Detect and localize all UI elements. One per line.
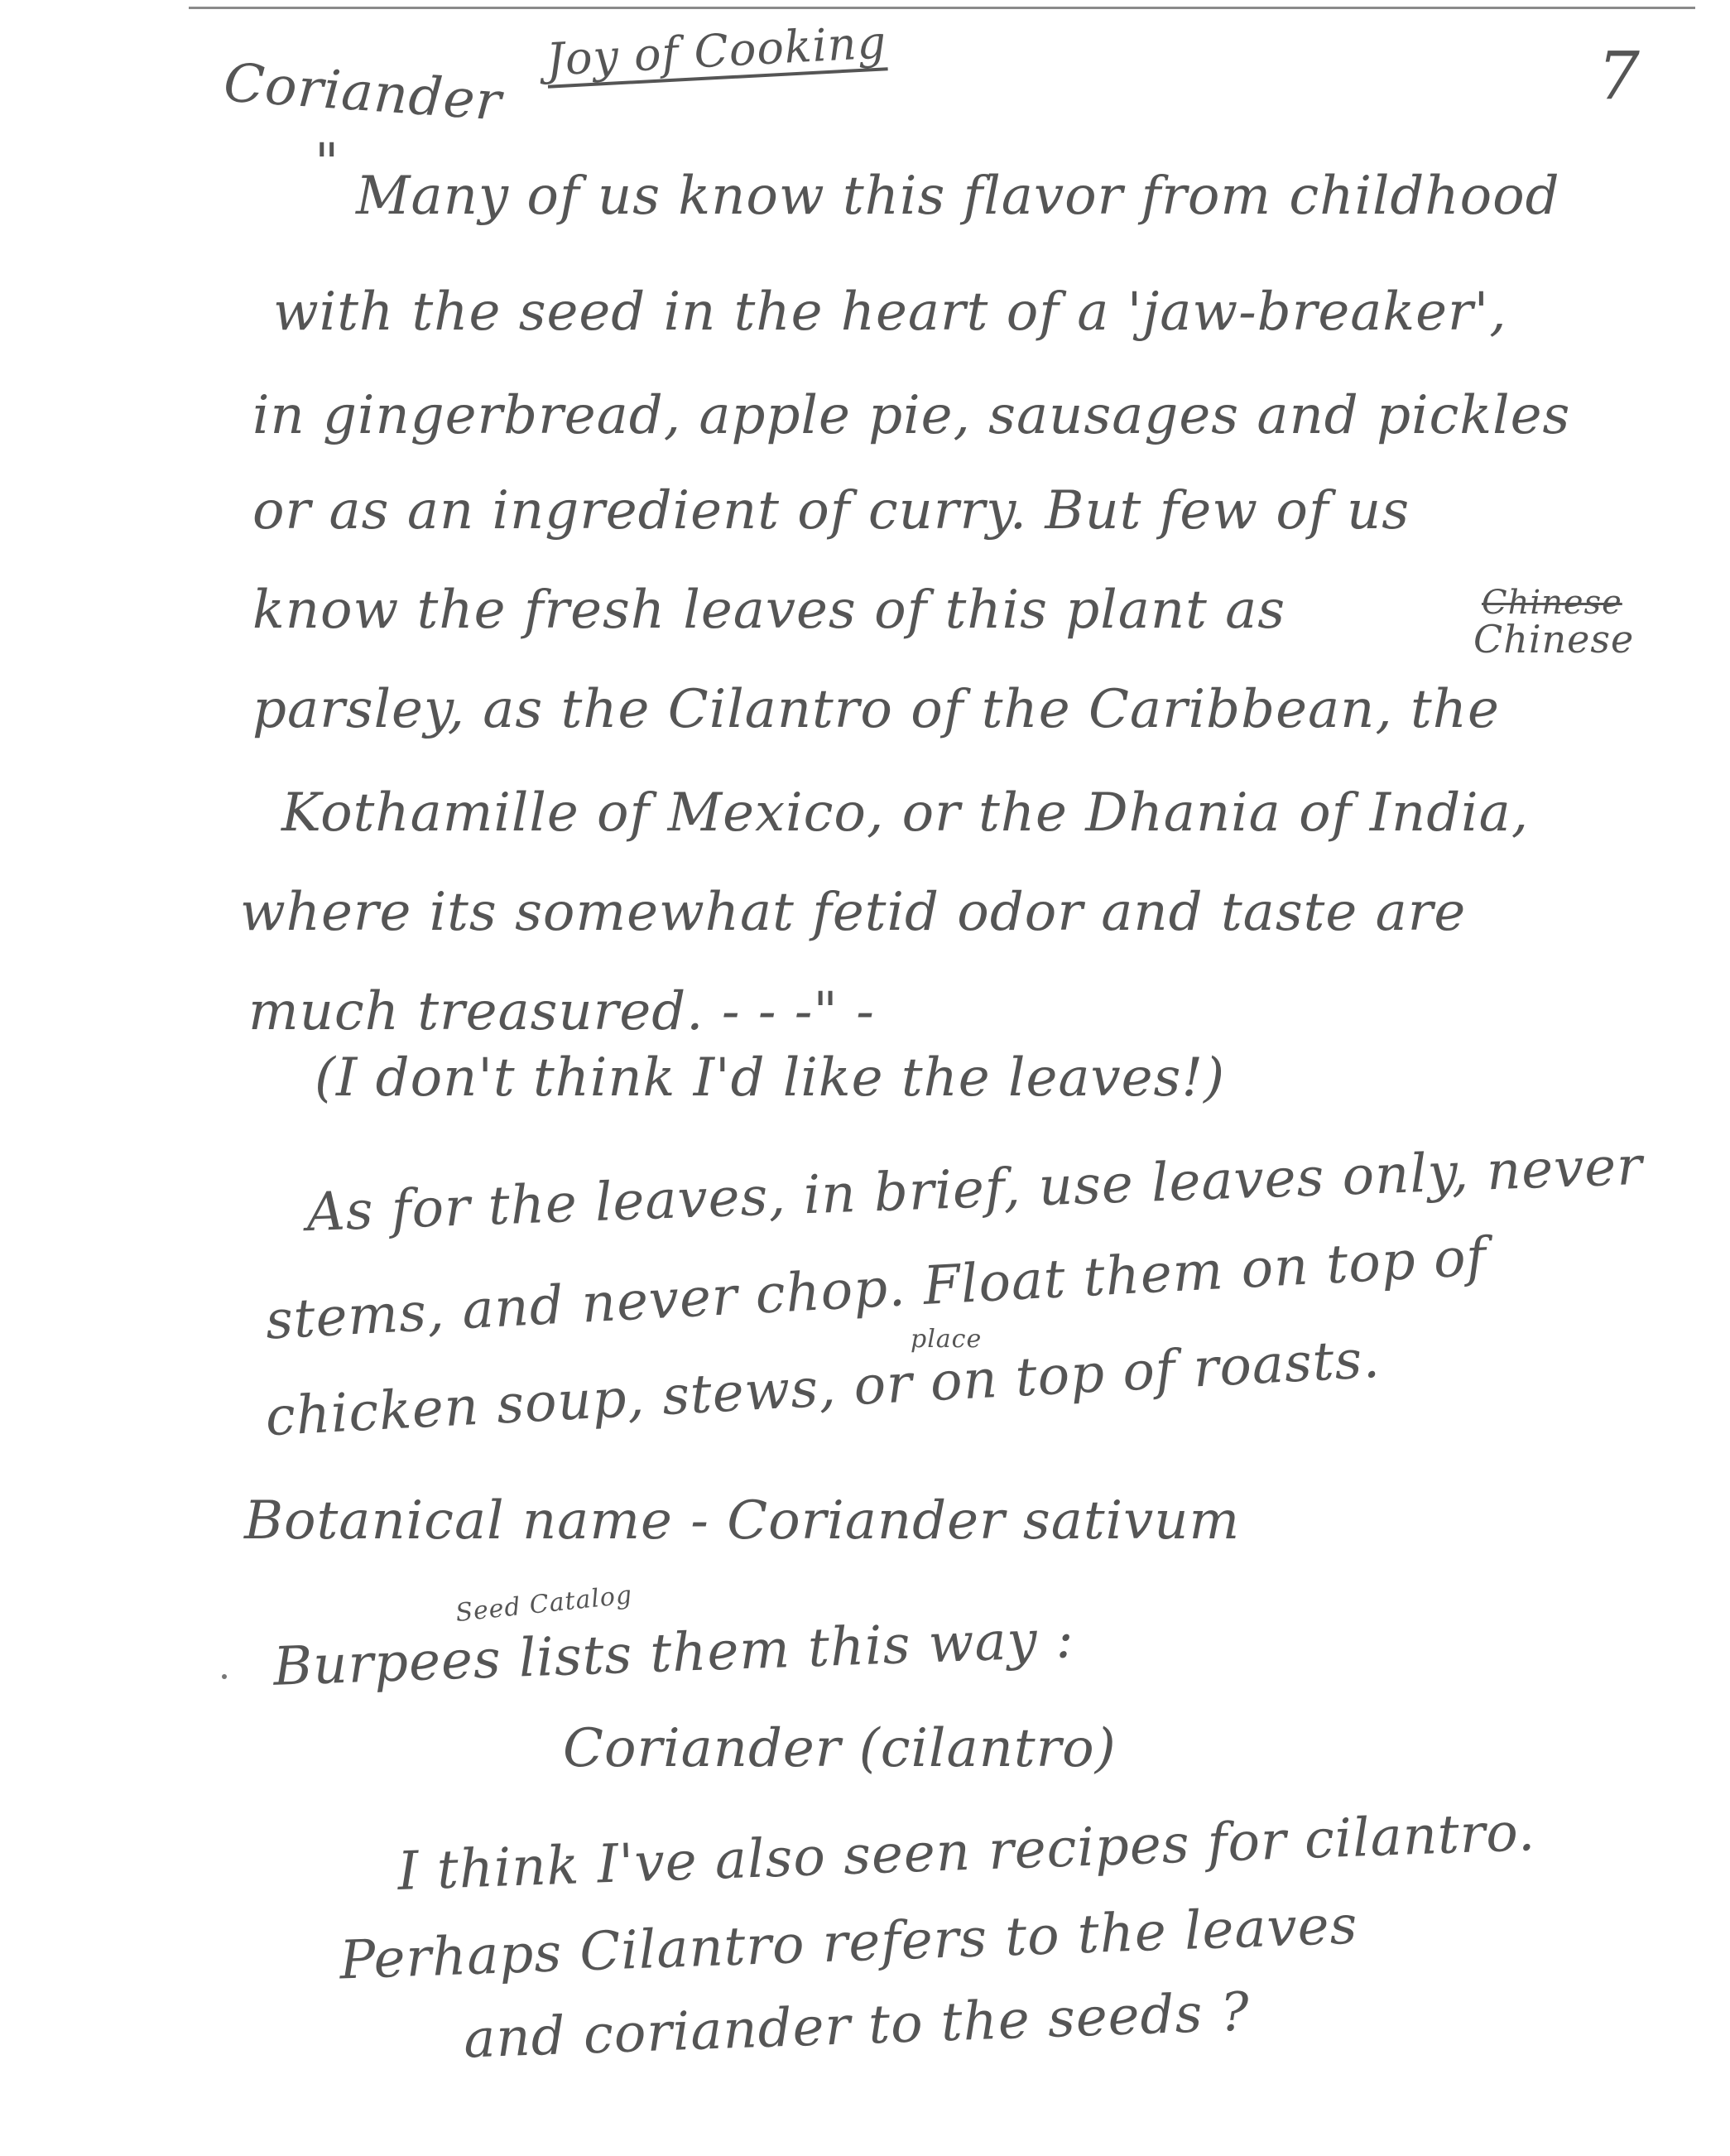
quote-line-8: where its somewhat fetid odor and taste … [240, 882, 1466, 943]
aside-note: (I don't think I'd like the leaves!) [315, 1047, 1225, 1109]
quote-line-6: parsley, as the Cilantro of the Caribbea… [252, 679, 1500, 740]
page-number: 7 [1598, 37, 1641, 114]
burpee-entry: Coriander (cilantro) [563, 1718, 1117, 1779]
quote-line-1: Many of us know this flavor from childho… [356, 166, 1560, 227]
closing-line-1: I think I've also seen recipes for cilan… [396, 1802, 1536, 1903]
quote-line-7: Kothamille of Mexico, or the Dhania of I… [281, 782, 1529, 844]
seed-catalog-insertion: Seed Catalog [454, 1581, 634, 1628]
quote-line-9: much treasured. - - -" - [248, 981, 875, 1042]
quote-line-4: or as an ingredient of curry. But few of… [252, 480, 1410, 541]
usage-line-3: chicken soup, stews, or on top of roasts… [264, 1329, 1382, 1448]
quote-line-3: in gingerbread, apple pie, sausages and … [252, 385, 1570, 446]
quote-line-5: know the fresh leaves of this plant as [252, 580, 1285, 641]
burpee-line: Burpees lists them this way : [272, 1609, 1075, 1698]
inserted-word: Chinese [1473, 617, 1634, 662]
quote-open-mark: " [315, 132, 339, 194]
top-edge-rule [189, 7, 1695, 9]
usage-line-1: As for the leaves, in brief, use leaves … [305, 1136, 1644, 1244]
quote-line-2: with the seed in the heart of a 'jaw-bre… [273, 282, 1507, 343]
heading-coriander: Coriander [222, 52, 504, 132]
bullet-dot [222, 1674, 227, 1679]
closing-line-2: Perhaps Cilantro refers to the leaves [339, 1895, 1358, 1992]
botanical-name: Botanical name - Coriander sativum [244, 1490, 1240, 1552]
closing-line-3: and coriander to the seeds ? [463, 1981, 1251, 2070]
source-title: Joy of Cooking [545, 16, 888, 85]
